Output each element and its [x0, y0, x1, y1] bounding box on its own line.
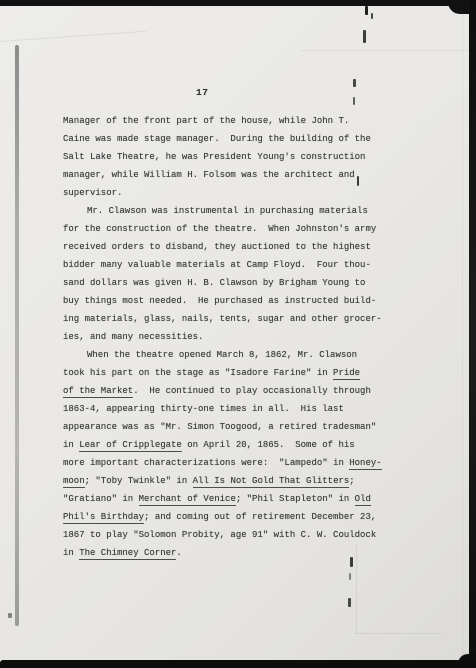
text-segment: . He continued to play occasionally thro… [133, 386, 371, 396]
text-line: supervisor. [63, 184, 428, 202]
text-line: Salt Lake Theatre, he was President Youn… [63, 148, 428, 166]
text-segment: more important characterizations were: "… [63, 458, 349, 468]
text-segment: received orders to disband, they auction… [63, 242, 371, 252]
text-segment: Mr. Clawson was instrumental in purchasi… [87, 206, 368, 216]
sprocket-mark [363, 30, 366, 43]
text-line: appearance was as "Mr. Simon Toogood, a … [63, 418, 428, 436]
text-line: 1867 to play "Solomon Probity, age 91" w… [63, 526, 428, 544]
underlined-title: moon [63, 476, 85, 488]
sprocket-mark [365, 6, 368, 15]
text-segment: in [63, 440, 79, 450]
film-edge-top [0, 0, 476, 6]
text-segment: on April 20, 1865. Some of his [182, 440, 355, 450]
text-line: received orders to disband, they auction… [63, 238, 428, 256]
sprocket-mark [348, 598, 351, 607]
text-segment: . [176, 548, 181, 558]
text-line: Mr. Clawson was instrumental in purchasi… [63, 202, 428, 220]
ghost-page-edge [356, 633, 442, 634]
text-line: moon; "Toby Twinkle" in All Is Not Gold … [63, 472, 428, 490]
text-line: manager, while William H. Folsom was the… [63, 166, 428, 184]
text-segment: ing materials, glass, nails, tents, suga… [63, 314, 382, 324]
film-edge-bottom [0, 660, 476, 668]
text-line: sand dollars was given H. B. Clawson by … [63, 274, 428, 292]
underlined-title: Honey- [349, 458, 381, 470]
text-segment: 1867 to play "Solomon Probity, age 91" w… [63, 530, 376, 540]
text-line: ies, and many necessities. [63, 328, 428, 346]
text-line: for the construction of the theatre. Whe… [63, 220, 428, 238]
text-segment: ; "Phil Stapleton" in [236, 494, 355, 504]
sprocket-mark [350, 557, 353, 567]
text-segment: ; [349, 476, 354, 486]
text-line: in Lear of Cripplegate on April 20, 1865… [63, 436, 428, 454]
text-line: Caine was made stage manager. During the… [63, 130, 428, 148]
underlined-title: Lear of Cripplegate [79, 440, 182, 452]
sprocket-mark [353, 79, 356, 87]
text-line: Phil's Birthday; and coming out of retir… [63, 508, 428, 526]
sprocket-mark [357, 176, 359, 186]
text-line: more important characterizations were: "… [63, 454, 428, 472]
underlined-title: The Chimney Corner [79, 548, 176, 560]
text-line: 1863-4, appearing thirty-one times in al… [63, 400, 428, 418]
text-segment: Manager of the front part of the house, … [63, 116, 349, 126]
text-line: When the theatre opened March 8, 1862, M… [63, 346, 428, 364]
text-segment: supervisor. [63, 188, 122, 198]
underlined-title: Pride [333, 368, 360, 380]
text-segment: Salt Lake Theatre, he was President Youn… [63, 152, 365, 162]
text-line: "Gratiano" in Merchant of Venice; "Phil … [63, 490, 428, 508]
scanned-document-page: 17 Manager of the front part of the hous… [0, 0, 476, 668]
text-segment: for the construction of the theatre. Whe… [63, 224, 376, 234]
text-segment: Caine was made stage manager. During the… [63, 134, 371, 144]
text-line: in The Chimney Corner. [63, 544, 428, 562]
page-number: 17 [196, 87, 208, 98]
film-edge-right [469, 0, 476, 668]
scan-artifact-line [300, 50, 476, 51]
text-segment: bidder many valuable materials at Camp F… [63, 260, 371, 270]
sprocket-mark [371, 13, 373, 19]
text-segment: sand dollars was given H. B. Clawson by … [63, 278, 365, 288]
sprocket-mark [349, 573, 351, 580]
text-segment: When the theatre opened March 8, 1862, M… [87, 350, 357, 360]
text-line: took his part on the stage as "Isadore F… [63, 364, 428, 382]
scan-artifact-line [462, 0, 463, 660]
ghost-page-edge [356, 545, 357, 634]
underlined-title: Old [355, 494, 371, 506]
text-segment: in [63, 548, 79, 558]
text-line: of the Market. He continued to play occa… [63, 382, 428, 400]
text-line: ing materials, glass, nails, tents, suga… [63, 310, 428, 328]
text-line: buy things most needed. He purchased as … [63, 292, 428, 310]
text-segment: manager, while William H. Folsom was the… [63, 170, 355, 180]
text-segment: ; "Toby Twinkle" in [85, 476, 193, 486]
underlined-title: All Is Not Gold That Glitters [193, 476, 350, 488]
underlined-title: Merchant of Venice [139, 494, 236, 506]
text-line: Manager of the front part of the house, … [63, 112, 428, 130]
text-line: bidder many valuable materials at Camp F… [63, 256, 428, 274]
binder-strip [15, 45, 19, 626]
text-segment: 1863-4, appearing thirty-one times in al… [63, 404, 344, 414]
text-block: Manager of the front part of the house, … [63, 112, 428, 562]
underlined-title: of the Market [63, 386, 133, 398]
underlined-title: Phil's Birthday [63, 512, 144, 524]
text-segment: ; and coming out of retirement December … [144, 512, 376, 522]
text-segment: ies, and many necessities. [63, 332, 203, 342]
sprocket-mark [353, 97, 355, 105]
text-segment: took his part on the stage as "Isadore F… [63, 368, 333, 378]
text-segment: appearance was as "Mr. Simon Toogood, a … [63, 422, 376, 432]
scan-crease-line [0, 31, 146, 42]
scan-speck [8, 613, 12, 618]
text-segment: "Gratiano" in [63, 494, 139, 504]
text-segment: buy things most needed. He purchased as … [63, 296, 376, 306]
